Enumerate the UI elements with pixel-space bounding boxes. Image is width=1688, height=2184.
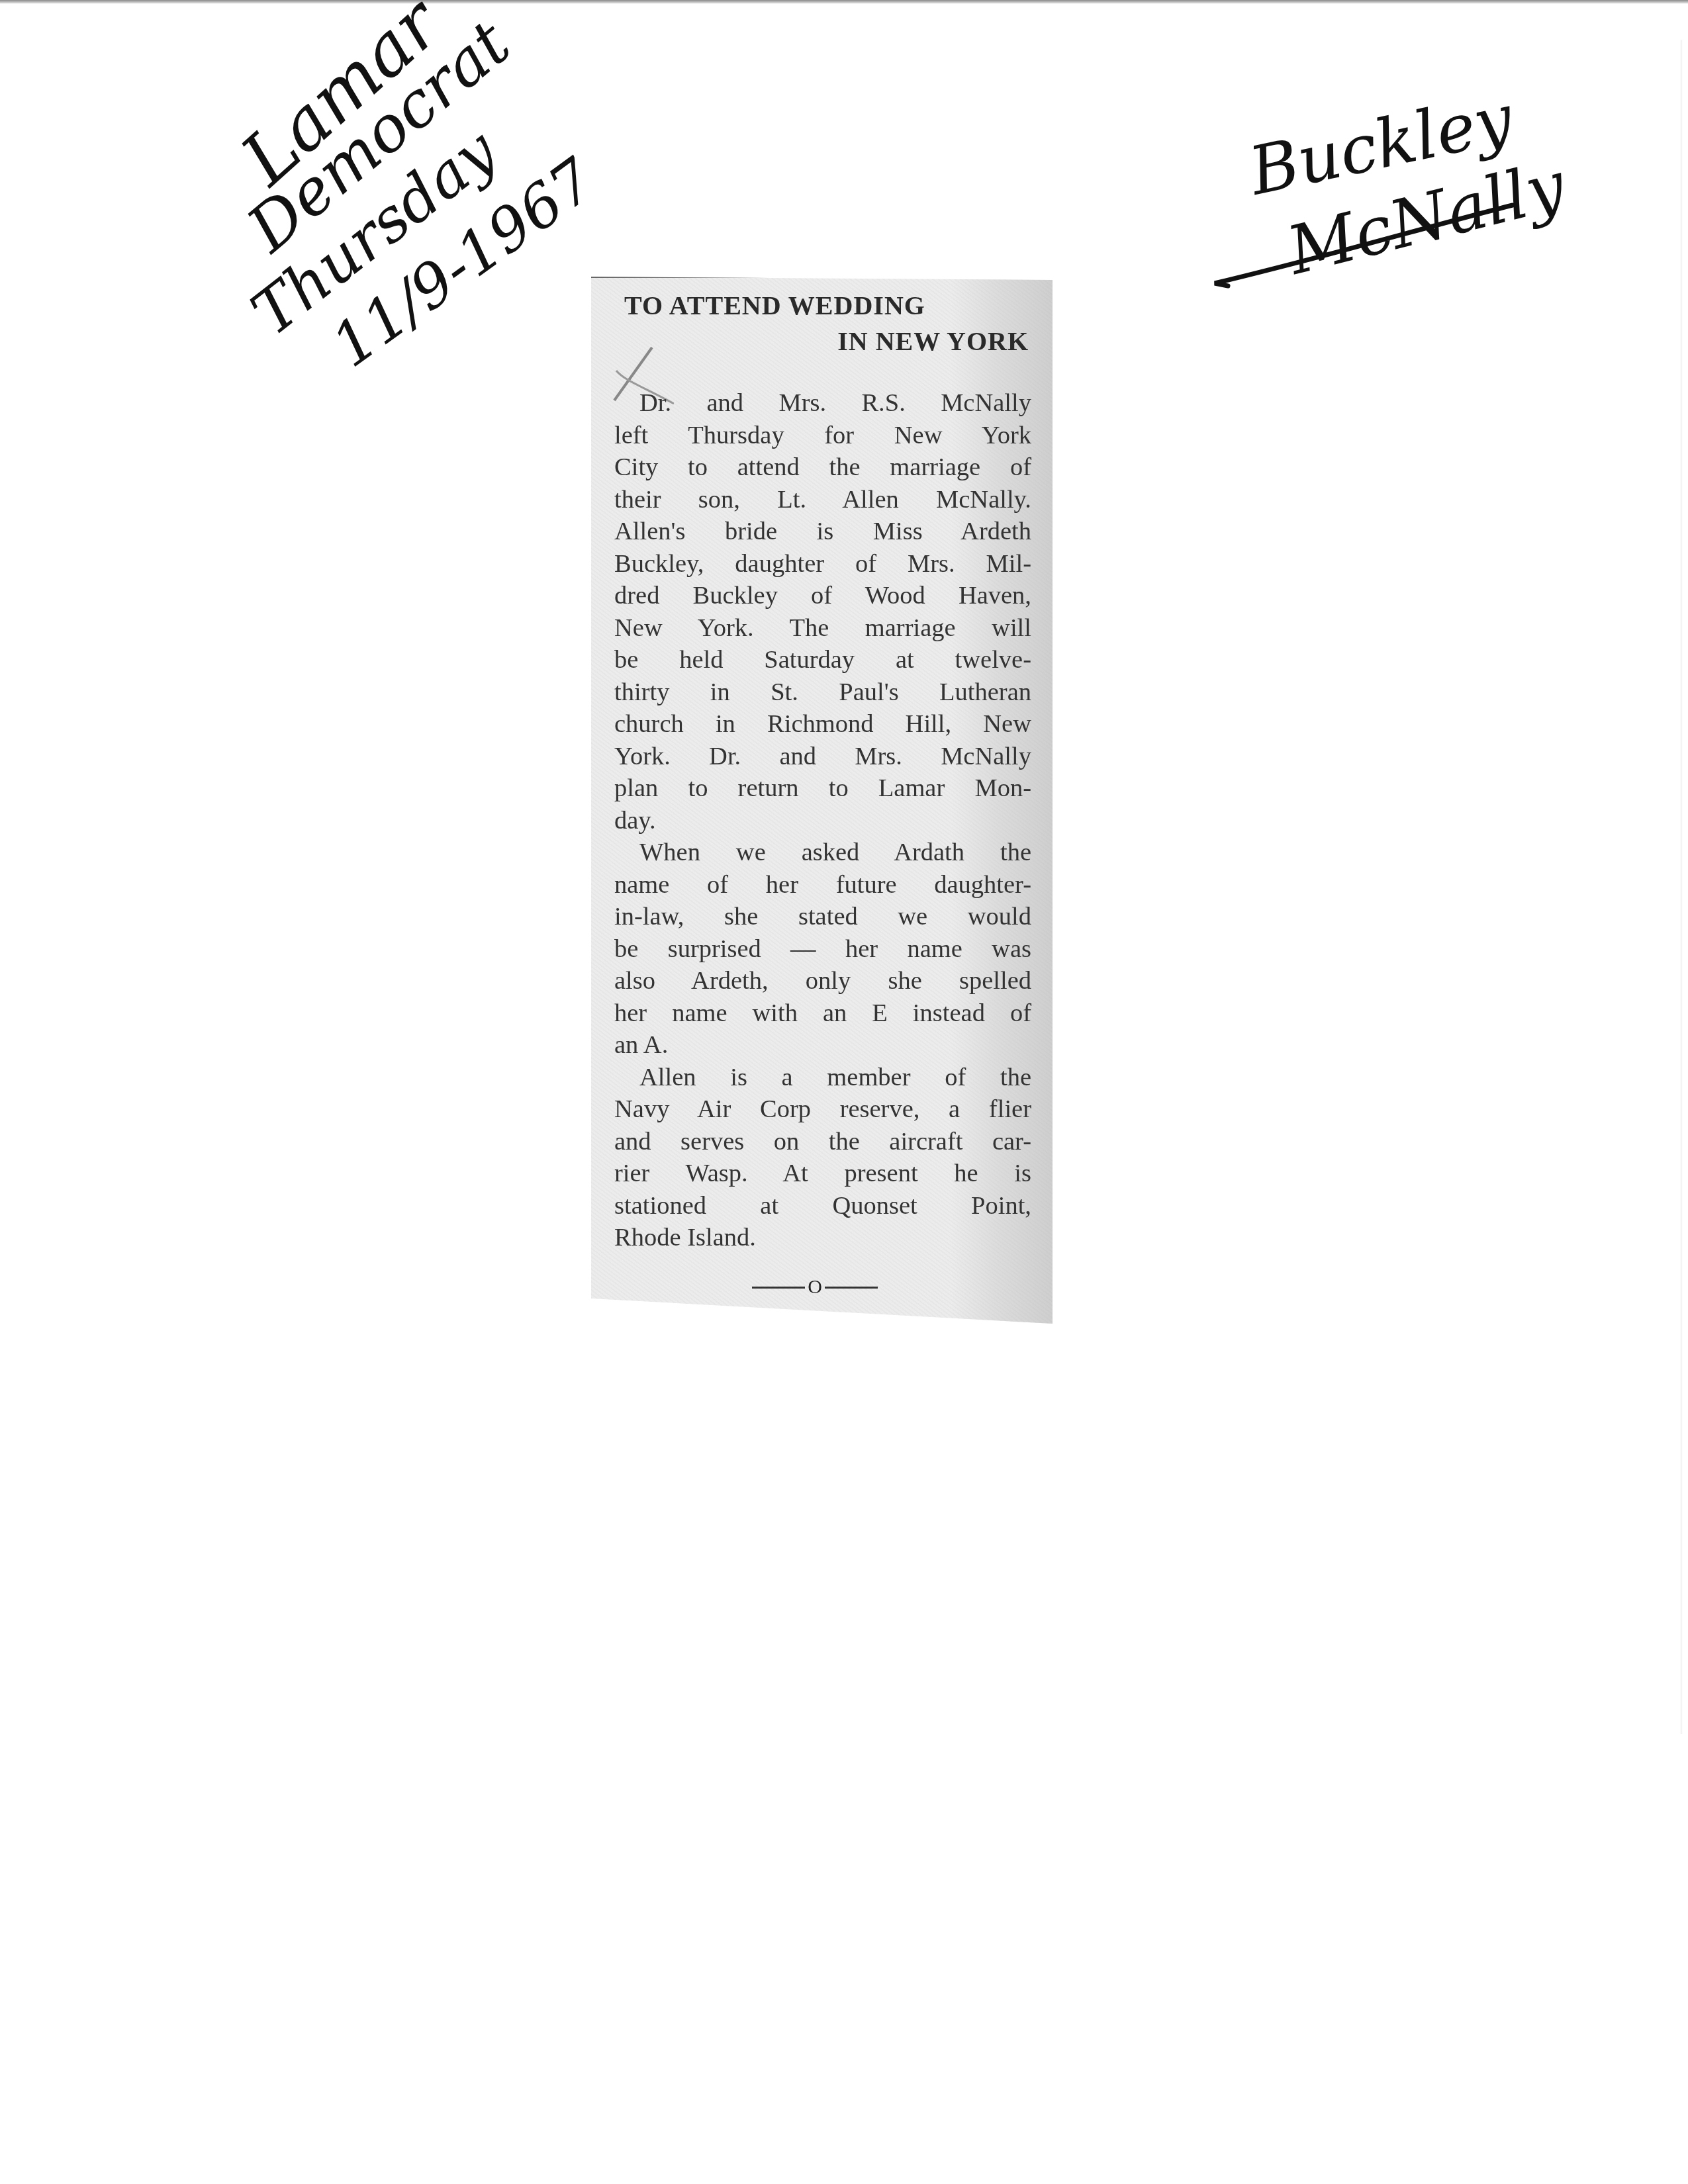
article-line: church in Richmond Hill, New [614, 708, 1031, 741]
article-line: Navy Air Corp reserve, a flier [614, 1093, 1031, 1126]
article-line: City to attend the marriage of [614, 451, 1031, 484]
newspaper-clipping: TO ATTEND WEDDING IN NEW YORK Dr. and Mr… [591, 277, 1053, 1324]
article-line: name of her future daughter- [614, 869, 1031, 901]
article-line: be held Saturday at twelve- [614, 644, 1031, 676]
article-end-divider: O [752, 1276, 878, 1296]
article-line: also Ardeth, only she spelled [614, 965, 1031, 997]
article-line: an A. [614, 1029, 1031, 1062]
article-line: Rhode Island. [614, 1222, 1031, 1254]
article-line: stationed at Quonset Point, [614, 1190, 1031, 1222]
scan-top-edge [0, 0, 1688, 4]
headline-line-1: TO ATTEND WEDDING [624, 290, 925, 321]
article-line: day. [614, 805, 1031, 837]
article-line: Buckley, daughter of Mrs. Mil- [614, 548, 1031, 580]
article-line: New York. The marriage will [614, 612, 1031, 645]
article-body: Dr. and Mrs. R.S. McNallyleft Thursday f… [614, 387, 1031, 1254]
article-line: dred Buckley of Wood Haven, [614, 580, 1031, 612]
article-line: When we asked Ardath the [614, 837, 1031, 869]
handwritten-arrow-icon [1201, 199, 1519, 291]
article-line: York. Dr. and Mrs. McNally [614, 741, 1031, 773]
article-line: plan to return to Lamar Mon- [614, 772, 1031, 805]
article-line: rier Wasp. At present he is [614, 1158, 1031, 1190]
article-line: thirty in St. Paul's Lutheran [614, 676, 1031, 709]
article-line: Dr. and Mrs. R.S. McNally [614, 387, 1031, 420]
article-line: be surprised — her name was [614, 933, 1031, 966]
article-line: in-law, she stated we would [614, 901, 1031, 933]
article-line: Allen is a member of the [614, 1062, 1031, 1094]
article-line: Allen's bride is Miss Ardeth [614, 516, 1031, 548]
article-line: her name with an E instead of [614, 997, 1031, 1030]
article-line: their son, Lt. Allen McNally. [614, 484, 1031, 516]
scan-right-shadow [1680, 40, 1683, 1734]
article-line: and serves on the aircraft car- [614, 1126, 1031, 1158]
article-line: left Thursday for New York [614, 420, 1031, 452]
headline-line-2: IN NEW YORK [837, 326, 1029, 357]
